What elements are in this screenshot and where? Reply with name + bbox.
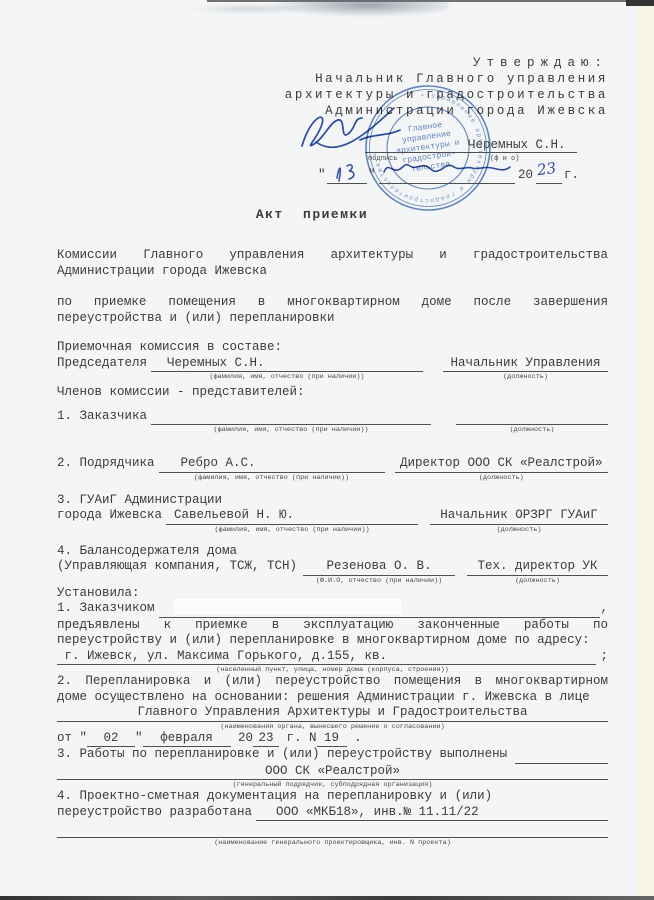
handwritten-year: 23 [536,159,557,179]
date-month-line [379,183,515,184]
member1-name [151,409,431,426]
member3-label1: 3. ГУАиГ Администрации [57,493,608,509]
scan-bottom-edge [0,896,654,900]
member2-position: Директор ООО СК «Реалстрой» [395,456,608,473]
date-prefix: от " [57,731,87,747]
customer-label: 1. Заказчиком [57,601,155,617]
intro-paragraph-2: по приемке помещения в многоквартирном д… [57,295,608,326]
scan-smudge-2 [190,4,310,14]
authority-caption: (наименования органа, вынесшего решение … [57,722,608,731]
fio-caption: (фамилия, имя, отчество (при наличии)) [151,372,423,381]
contractor-caption: (генеральный подрядчик, субподрядная орг… [57,780,608,789]
date-quote: " [135,731,143,747]
date-yy-line [536,183,562,184]
contractor-field: ООО СК «Реалстрой» [57,764,608,781]
chair-position: Начальник Управления [443,356,608,373]
position-caption: (должность) [430,525,608,534]
finding3-blank-field [515,747,608,764]
finding3-row: 3. Работы по перепланировке и (или) пере… [57,747,608,764]
scanned-document-page: Утверждаю: Начальник Главного управления… [0,0,654,900]
position-caption: (должность) [443,372,608,381]
chair-label: Председателя [57,356,147,372]
chair-name: Черемных С.Н. [151,356,423,373]
member3-name: Савельевой Н. Ю. [166,508,418,525]
finding2-paragraph: 2. Перепланировка и (или) переустройство… [57,674,608,705]
address-block: г. Ижевск, ул. Максима Горького, д.155, … [57,649,608,675]
redaction-box [173,598,403,615]
designer-caption: (наименование генерального проектировщик… [57,838,608,847]
fio-short-caption: (Ф.И.О, отчество (при наличии)) [303,576,455,585]
position-caption: (должность) [467,576,608,585]
approval-line: Утверждаю: [240,55,608,71]
finding4-block: 4. Проектно-сметная документация на пере… [57,789,608,821]
decision-date-row: от " 02 " февраля 20 23 г. N 19 . [57,731,608,748]
customer-row: 1. Заказчиком , [57,601,608,618]
decision-year-field: 23 [253,731,279,748]
member2-name: Ребро А.С. [159,456,385,473]
finding1-paragraph: предъявлены к приемке в эксплуатацию зак… [57,618,608,649]
member3-label2: города Ижевска [57,508,162,524]
commission-heading: Приемочная комиссия в составе: [57,340,608,356]
member2-label: 2. Подрядчика [57,456,155,472]
member4-block: 4. Балансодержателя дома (Управляющая ко… [57,544,608,585]
comma: , [600,601,608,617]
position-caption: (должность) [456,425,608,434]
fio-caption: (фамилия, имя, отчество (при наличии)) [159,473,385,482]
decision-day-field: 02 [87,731,135,748]
date-open-quote: " [318,168,326,183]
finding4-line1: 4. Проектно-сметная документация на пере… [57,789,608,805]
date-close-quote: " [368,168,376,183]
approval-signatory-name: Черемных С.Н. [468,138,566,153]
date-end: . [347,731,362,747]
designer-field: ООО «МКБ18», инв.№ 11.11/22 [256,805,608,822]
fio-caption: (фамилия, имя, отчество (при наличии)) [151,425,431,434]
position-caption: (должность) [395,473,608,482]
handwritten-day-icon [327,158,367,184]
member1-row: 1. Заказчика (фамилия, имя, отчество (пр… [57,409,608,435]
member1-label: 1. Заказчика [57,409,147,425]
date-year-printed: 20 [518,168,533,183]
finding3-text: 3. Работы по перепланировке и (или) пере… [57,747,507,763]
semicolon: ; [596,649,608,665]
date-year-suffix: г. [564,168,579,183]
handwritten-month-icon [380,156,514,182]
decision-number-field: 19 [317,731,347,748]
designer-blank-line [57,824,608,838]
finding4-line2-prefix: переустройство разработана [57,805,252,821]
member4-label1: 4. Балансодержателя дома [57,544,608,560]
member2-row: 2. Подрядчика Ребро А.С. (фамилия, имя, … [57,456,608,482]
member4-label2: (Управляющая компания, ТСЖ, ТСН) [57,559,297,575]
member4-position: Тех. директор УК [467,559,608,576]
authority-block: Главного Управления Архитектуры и Градос… [57,705,608,731]
decision-month-field: февраля [143,731,231,748]
customer-blank-field [159,601,601,618]
date-year-prefix: 20 [231,731,254,747]
member1-position [456,409,608,426]
page-title: Акт приемки [57,207,567,222]
scan-right-strip [636,0,654,900]
contractor-block: ООО СК «Реалстрой» (генеральный подрядчи… [57,764,608,790]
chair-row: Председателя Черемных С.Н. (фамилия, имя… [57,356,608,382]
member4-name: Резенова О. В. [303,559,455,576]
members-heading: Членов комиссии - представителей: [57,385,608,401]
document-body: Комиссии Главного управления архитектуры… [57,248,608,847]
intro-paragraph-1: Комиссии Главного управления архитектуры… [57,248,608,279]
address-field: г. Ижевск, ул. Максима Горького, д.155, … [57,649,596,666]
member3-position: Начальник ОРЗРГ ГУАиГ [430,508,608,525]
address-caption: (населенный пункт, улица, номер дома (ко… [57,665,608,674]
scan-top-corner [626,0,654,6]
member3-block: 3. ГУАиГ Администрации города Ижевска Са… [57,493,608,534]
date-g-label: г. N [279,731,317,747]
authority-field: Главного Управления Архитектуры и Градос… [57,705,608,722]
fio-caption: (фамилия, имя, отчество (при наличии)) [166,525,418,534]
